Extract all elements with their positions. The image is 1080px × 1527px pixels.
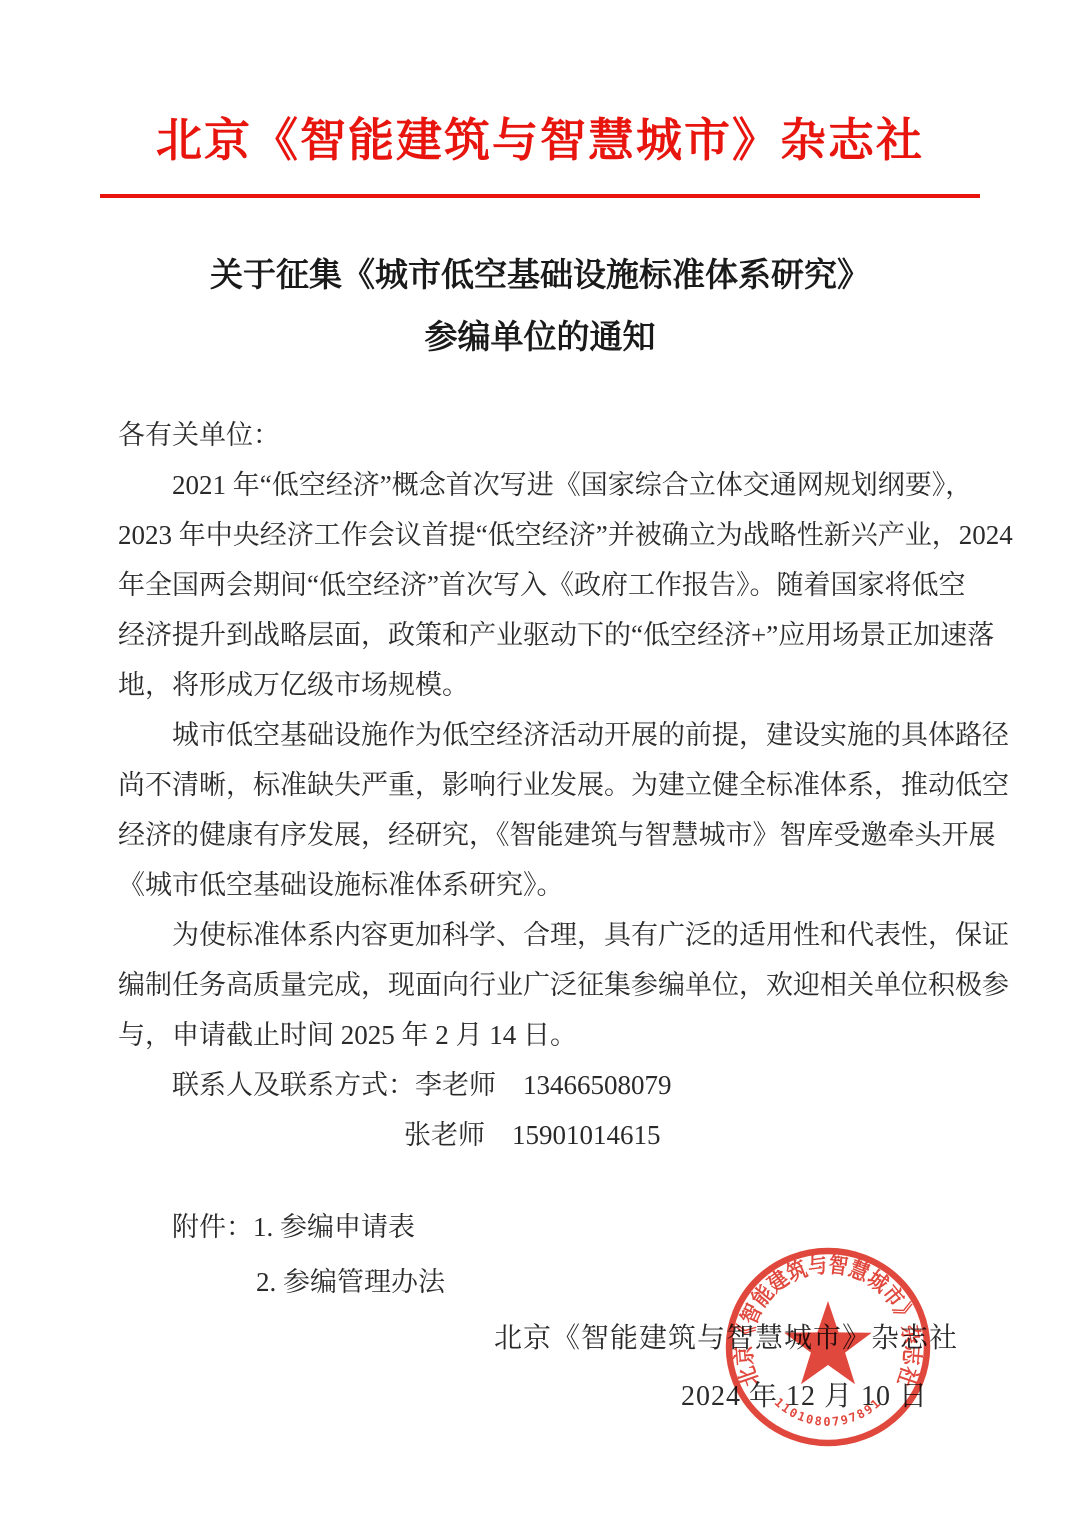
body-line: 地，将形成万亿级市场规模。 <box>118 660 1018 710</box>
publisher-header: 北京《智能建筑与智慧城市》杂志社 <box>0 104 1080 170</box>
document-title-line2: 参编单位的通知 <box>0 311 1080 358</box>
body-line: 《城市低空基础设施标准体系研究》。 <box>118 860 1018 910</box>
body-line: 各有关单位： <box>118 410 1018 460</box>
body-line: 2023 年中央经济工作会议首提“低空经济”并被确立为战略性新兴产业，2024 <box>118 510 1018 560</box>
body-line: 城市低空基础设施作为低空经济活动开展的前提，建设实施的具体路径 <box>172 710 1018 760</box>
seal-star-icon <box>784 1301 871 1384</box>
seal-number: 1101080797891 <box>772 1395 884 1429</box>
body-line: 年全国两会期间“低空经济”首次写入《政府工作报告》。随着国家将低空 <box>118 560 1018 610</box>
body-line: 经济提升到战略层面，政策和产业驱动下的“低空经济+”应用场景正加速落 <box>118 610 1018 660</box>
body-line: 经济的健康有序发展，经研究，《智能建筑与智慧城市》智库受邀牵头开展 <box>118 810 1018 860</box>
body-line: 张老师 15901014615 <box>404 1110 1018 1160</box>
document-page: 北京《智能建筑与智慧城市》杂志社 关于征集《城市低空基础设施标准体系研究》 参编… <box>0 0 1080 1527</box>
official-seal: 北京《智能建筑与智慧城市》杂志社 1101080797891 <box>723 1245 933 1449</box>
document-title-line1: 关于征集《城市低空基础设施标准体系研究》 <box>0 249 1080 296</box>
header-divider-line <box>100 194 980 198</box>
attachment-line-1: 附件：1. 参编申请表 <box>172 1200 445 1255</box>
body-line: 为使标准体系内容更加科学、合理，具有广泛的适用性和代表性，保证 <box>172 910 1018 960</box>
body-line: 2021 年“低空经济”概念首次写进《国家综合立体交通网规划纲要》， <box>172 460 1018 510</box>
body-line: 联系人及联系方式：李老师 13466508079 <box>172 1060 1018 1110</box>
body-line: 与，申请截止时间 2025 年 2 月 14 日。 <box>118 1010 1018 1060</box>
body-line: 尚不清晰，标准缺失严重，影响行业发展。为建立健全标准体系，推动低空 <box>118 760 1018 810</box>
attachments-block: 附件：1. 参编申请表 2. 参编管理办法 <box>172 1200 445 1310</box>
body-text: 各有关单位：2021 年“低空经济”概念首次写进《国家综合立体交通网规划纲要》，… <box>118 410 1018 1160</box>
attachment-line-2: 2. 参编管理办法 <box>172 1255 445 1310</box>
body-line: 编制任务高质量完成，现面向行业广泛征集参编单位，欢迎相关单位积极参 <box>118 960 1018 1010</box>
